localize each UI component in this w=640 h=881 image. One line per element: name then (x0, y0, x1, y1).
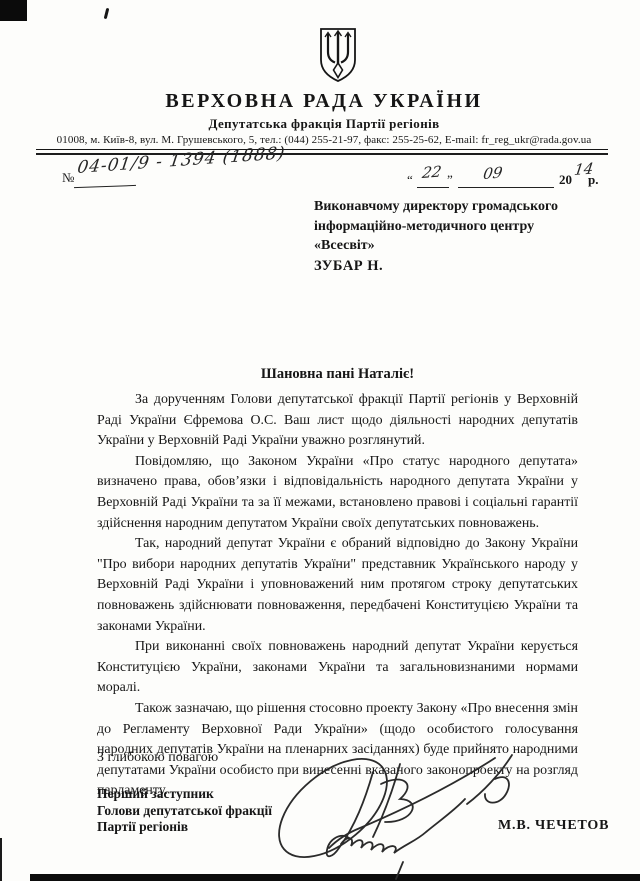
date-month-underline (458, 187, 554, 188)
body-paragraph-1: За дорученням Голови депутатської фракці… (97, 390, 578, 452)
date-year-suffix: р. (588, 172, 598, 188)
body-paragraph-4: При виконанні своїх повноважень народний… (97, 637, 578, 699)
recipient-line-2: інформаційно-методичного центру (314, 217, 594, 237)
reference-number-underline (74, 185, 136, 188)
header-divider-line-top (36, 149, 608, 150)
date-close-quote: ” (447, 172, 453, 188)
recipient-block: Виконавчому директору громадського інфор… (314, 197, 594, 256)
date-open-quote: “ (407, 172, 413, 188)
letter-body: За дорученням Голови депутатської фракці… (97, 390, 578, 802)
reference-number-label: № (62, 170, 74, 186)
recipient-line-3: «Всесвіт» (314, 236, 594, 256)
closing-phrase: З глибокою повагою (97, 750, 218, 766)
handwritten-signature-scrawl (265, 742, 525, 880)
date-day-underline (417, 187, 449, 188)
organization-title: ВЕРХОВНА РАДА УКРАЇНИ (0, 90, 640, 113)
scan-pen-tick-artifact (104, 8, 110, 19)
scanned-letter-page: ВЕРХОВНА РАДА УКРАЇНИ Депутатська фракці… (0, 0, 640, 881)
scan-corner-artifact (0, 0, 27, 21)
date-month-handwritten: 09 (482, 163, 504, 183)
contact-info-line: 01008, м. Київ-8, вул. М. Грушевського, … (0, 134, 640, 146)
scan-left-edge-artifact (0, 838, 2, 881)
salutation: Шановна пані Наталіє! (97, 366, 578, 383)
date-day-handwritten: 22 (421, 162, 443, 182)
faction-subtitle: Депутатська фракція Партії регіонів (0, 116, 640, 132)
recipient-name: ЗУБАР Н. (314, 258, 383, 275)
recipient-line-1: Виконавчому директору громадського (314, 197, 594, 217)
date-year-prefix: 20 (559, 172, 572, 188)
body-paragraph-3: Так, народний депутат України є обраний … (97, 534, 578, 637)
ukraine-trident-coat-of-arms-icon (316, 27, 360, 83)
body-paragraph-2: Повідомляю, що Законом України «Про стат… (97, 452, 578, 534)
